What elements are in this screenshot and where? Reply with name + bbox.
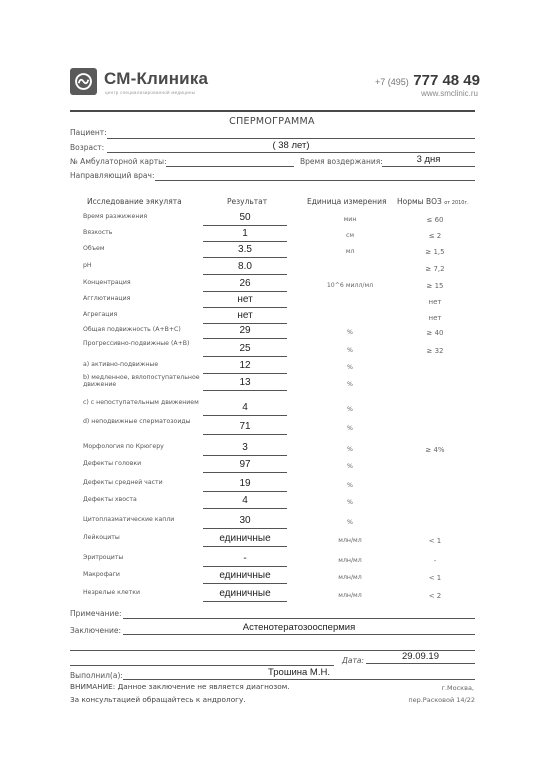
- note-line: [123, 618, 475, 619]
- row-result-line: [203, 546, 287, 547]
- row-norm: -: [395, 557, 475, 565]
- row-result-line: [203, 508, 287, 509]
- row-label: Макрофаги: [83, 572, 203, 579]
- row-unit: %: [310, 446, 390, 453]
- row-result-line: [203, 434, 287, 435]
- header-unit: Единица измерения: [307, 197, 386, 206]
- age-label: Возраст:: [70, 143, 104, 152]
- conclusion-value: Астенотератозооспермия: [123, 622, 475, 633]
- row-result: 1: [203, 228, 287, 239]
- row-norm: нет: [395, 298, 475, 306]
- row-unit: млн/мл: [310, 557, 390, 564]
- row-unit: %: [310, 482, 390, 489]
- row-unit: %: [310, 425, 390, 432]
- header-test: Исследование эякулята: [87, 197, 182, 206]
- card-line: [166, 166, 294, 167]
- row-label: c) с непоступательным движением: [83, 400, 203, 407]
- row-result: 3: [203, 442, 287, 453]
- row-label: Незрелые клетки: [83, 590, 203, 597]
- row-label: b) медленное, вялопоступательное движени…: [83, 375, 203, 388]
- age-line: [107, 152, 475, 153]
- row-result-line: [203, 338, 287, 339]
- row-norm: ≥ 15: [395, 282, 475, 290]
- performed-line: [123, 679, 475, 680]
- row-unit: см: [310, 232, 390, 239]
- address-line-2: пер.Расковой 14/22: [408, 696, 475, 704]
- row-result: 8.0: [203, 261, 287, 272]
- row-result-line: [203, 356, 287, 357]
- row-unit: %: [310, 329, 390, 336]
- row-result-line: [203, 528, 287, 529]
- row-norm: ≤ 2: [395, 232, 475, 240]
- row-result: 12: [203, 360, 287, 371]
- row-result: 29: [203, 325, 287, 336]
- row-norm: нет: [395, 314, 475, 322]
- header-norm: Нормы ВОЗ от 2010г.: [397, 197, 469, 206]
- abstinence-line: [382, 166, 475, 167]
- row-unit: %: [310, 347, 390, 354]
- row-result-line: [203, 390, 287, 391]
- date-label: Дата:: [342, 656, 364, 665]
- row-result-line: [203, 257, 287, 258]
- row-result-line: [203, 601, 287, 602]
- header-divider: [70, 110, 475, 112]
- row-result-line: [203, 225, 287, 226]
- clinic-phone: +7 (495) 777 48 49: [375, 72, 480, 90]
- row-result-line: [203, 373, 287, 374]
- row-label: Общая подвижность (A+B+C): [83, 327, 203, 334]
- row-norm: ≥ 7,2: [395, 265, 475, 273]
- row-norm: < 1: [395, 574, 475, 582]
- row-result: 97: [203, 459, 287, 470]
- row-result: 71: [203, 421, 287, 432]
- performed-value: Трошина М.Н.: [123, 667, 475, 678]
- sm-clinic-logo-icon: [70, 68, 97, 95]
- row-unit: млн/мл: [310, 592, 390, 599]
- row-result: 30: [203, 515, 287, 526]
- row-result: нет: [203, 310, 287, 321]
- patient-line: [107, 138, 475, 139]
- abstinence-label: Время воздержания:: [300, 157, 383, 166]
- row-result: 4: [203, 402, 287, 413]
- row-result-line: [203, 583, 287, 584]
- row-norm: ≥ 40: [395, 329, 475, 337]
- row-label: Объем: [83, 246, 203, 253]
- row-norm: ≥ 4%: [395, 446, 475, 454]
- row-result: 4: [203, 495, 287, 506]
- date-value: 29.09.19: [366, 651, 475, 662]
- header-norm-note: от 2010г.: [444, 200, 469, 206]
- row-result: 19: [203, 478, 287, 489]
- clinic-website: www.smclinic.ru: [421, 89, 478, 98]
- row-result-line: [203, 323, 287, 324]
- row-label: Агглютинация: [83, 296, 203, 303]
- row-norm: ≥ 1,5: [395, 248, 475, 256]
- conclusion-extra-line-2: [70, 665, 334, 666]
- row-result-line: [203, 491, 287, 492]
- row-unit: 10^6 милл/мл: [310, 282, 390, 289]
- address-line-1: г.Москва,: [442, 684, 474, 692]
- row-result: 50: [203, 212, 287, 223]
- row-result-line: [203, 472, 287, 473]
- row-result: нет: [203, 294, 287, 305]
- row-unit: %: [310, 381, 390, 388]
- row-label: Дефекты средней части: [83, 480, 203, 487]
- row-label: Прогрессивно-подвижные (A+B): [83, 341, 203, 348]
- row-result-line: [203, 307, 287, 308]
- row-label: Цитоплазматические капли: [83, 517, 203, 524]
- row-result: единичные: [203, 588, 287, 599]
- row-norm: ≥ 32: [395, 347, 475, 355]
- date-line: [366, 663, 475, 664]
- row-result: единичные: [203, 533, 287, 544]
- row-unit: %: [310, 499, 390, 506]
- warning-line-1: ВНИМАНИЕ: Данное заключение не является …: [70, 682, 290, 691]
- doctor-line: [155, 180, 475, 181]
- row-label: Лейкоциты: [83, 535, 203, 542]
- row-unit: млн/мл: [310, 537, 390, 544]
- row-result-line: [203, 455, 287, 456]
- row-norm: < 2: [395, 592, 475, 600]
- phone-number: 777 48 49: [413, 72, 480, 89]
- row-result-line: [203, 241, 287, 242]
- row-label: d) неподвижные сперматозоиды: [83, 419, 203, 426]
- abstinence-value: 3 дня: [382, 154, 475, 165]
- row-result: -: [203, 553, 287, 564]
- card-label: № Амбулаторной карты:: [70, 157, 167, 166]
- conclusion-label: Заключение:: [70, 626, 121, 635]
- row-label: Эритроциты: [83, 555, 203, 562]
- brand-tagline: центр специализированной медицины: [105, 90, 195, 95]
- row-unit: млн/мл: [310, 574, 390, 581]
- brand-name: СМ-Клиника: [104, 69, 208, 89]
- row-unit: %: [310, 406, 390, 413]
- header-result: Результат: [227, 197, 267, 206]
- row-unit: %: [310, 364, 390, 371]
- age-value: ( 38 лет): [107, 140, 475, 151]
- row-result-line: [203, 291, 287, 292]
- row-unit: мин: [310, 216, 390, 223]
- row-result: 26: [203, 278, 287, 289]
- row-result-line: [203, 274, 287, 275]
- row-norm: < 1: [395, 537, 475, 545]
- header-norm-label: Нормы ВОЗ: [397, 197, 442, 206]
- row-result: 13: [203, 377, 287, 388]
- row-result: 25: [203, 343, 287, 354]
- row-label: Дефекты хвоста: [83, 497, 203, 504]
- performed-label: Выполнил(а):: [70, 671, 123, 680]
- row-result: 3.5: [203, 244, 287, 255]
- row-label: Дефекты головки: [83, 461, 203, 468]
- patient-label: Пациент:: [70, 128, 107, 137]
- warning-line-2: За консультацией обращайтесь к андрологу…: [70, 695, 246, 704]
- doctor-label: Направляющий врач:: [70, 171, 154, 180]
- row-unit: %: [310, 519, 390, 526]
- row-label: Агрегация: [83, 312, 203, 319]
- note-label: Примечание:: [70, 609, 122, 618]
- document-title: СПЕРМОГРАММА: [0, 116, 544, 127]
- row-result: единичные: [203, 570, 287, 581]
- row-label: pH: [83, 263, 203, 270]
- row-unit: %: [310, 463, 390, 470]
- row-norm: ≤ 60: [395, 216, 475, 224]
- row-result-line: [203, 415, 287, 416]
- row-label: Концентрация: [83, 280, 203, 287]
- row-label: Морфология по Крюгеру: [83, 444, 203, 451]
- row-label: Вязкость: [83, 230, 203, 237]
- row-result-line: [203, 566, 287, 567]
- logo-mark-icon: [73, 71, 94, 92]
- row-label: а) активно-подвижные: [83, 362, 203, 369]
- row-label: Время разжижения: [83, 214, 203, 221]
- row-unit: мл: [310, 248, 390, 255]
- phone-prefix: +7 (495): [375, 77, 409, 87]
- conclusion-line: [123, 634, 475, 635]
